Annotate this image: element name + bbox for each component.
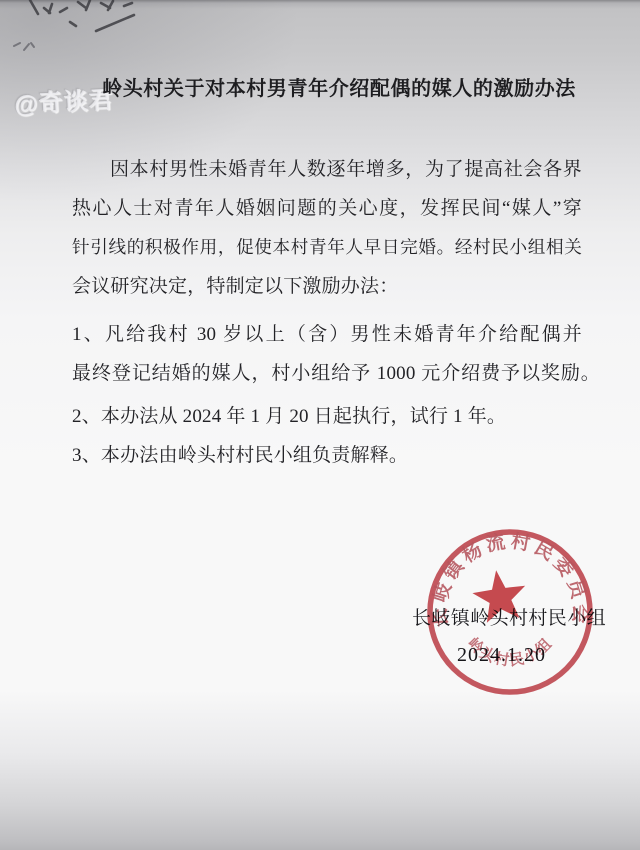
- body-line: 因本村男性未婚青年人数逐年增多，为了提高社会各界: [72, 150, 582, 189]
- body-line-item-1: 1、凡给我村 30 岁以上（含）男性未婚青年介给配偶并: [72, 315, 582, 354]
- seal-inner-text: 岭头村民小组: [464, 634, 556, 670]
- body-line-item-1-cont: 最终登记结婚的媒人，村小组给予 1000 元介绍费予以奖励。: [72, 354, 600, 393]
- body-line: 会议研究决定，特制定以下激励办法：: [72, 267, 582, 306]
- official-seal: 长岐镇杨流村民委员会 岭头村民小组: [424, 526, 596, 698]
- body-line: 针引线的积极作用，促使本村青年人早日完婚。经村民小组相关: [72, 228, 582, 267]
- handwriting-marks-icon: [0, 0, 170, 70]
- body-line: 热心人士对青年人婚姻问题的关心度，发挥民间“媒人”穿: [72, 189, 582, 228]
- svg-text:岭头村民小组: 岭头村民小组: [464, 634, 556, 670]
- body-line-item-3: 3、本办法由岭头村村民小组负责解释。: [72, 436, 582, 475]
- document-photo: @奇谈君 岭头村关于对本村男青年介绍配偶的媒人的激励办法 因本村男性未婚青年人数…: [0, 0, 640, 850]
- document-title: 岭头村关于对本村男青年介绍配偶的媒人的激励办法: [0, 72, 640, 101]
- star-icon: [470, 567, 530, 625]
- body-line-item-2: 2、本办法从 2024 年 1 月 20 日起执行，试行 1 年。: [72, 397, 582, 436]
- document-body: 因本村男性未婚青年人数逐年增多，为了提高社会各界 热心人士对青年人婚姻问题的关心…: [72, 150, 582, 475]
